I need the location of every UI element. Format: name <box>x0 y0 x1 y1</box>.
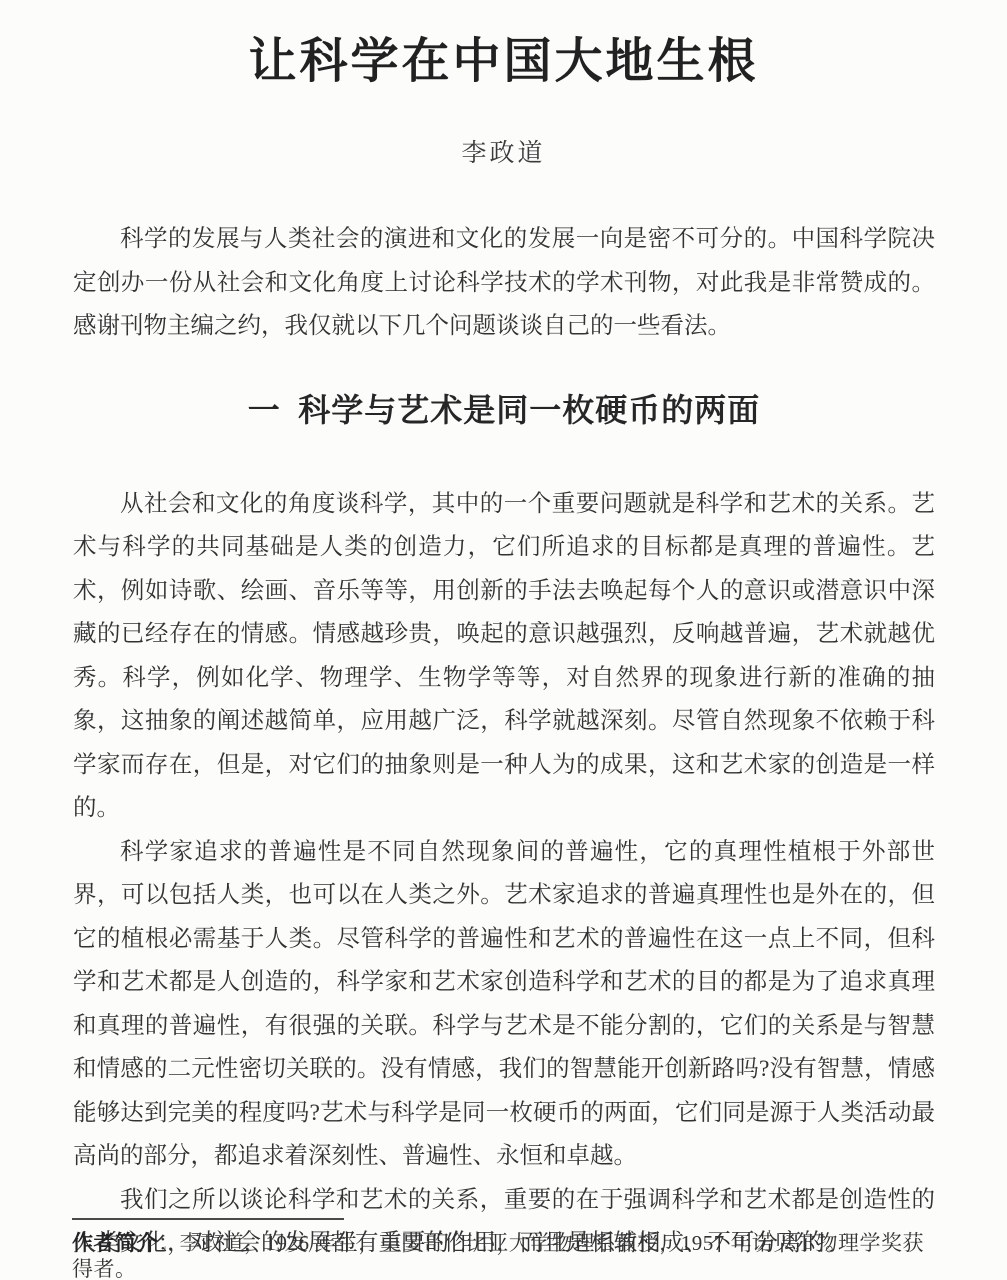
section-paragraph-2: 科学家追求的普遍性是不同自然现象间的普遍性，它的真理性植根于外部世界，可以包括人… <box>73 831 935 1179</box>
intro-paragraph: 科学的发展与人类社会的演进和文化的发展一向是密不可分的。中国科学院决定创办一份从… <box>73 218 935 349</box>
footnote-label: 作者简介 <box>72 1231 158 1255</box>
footnote: 作者简介：李政道，1926 年生，美国哥伦比亚大学物理系教授，1957 年诺贝尔… <box>72 1218 944 1280</box>
article-body: 科学的发展与人类社会的演进和文化的发展一向是密不可分的。中国科学院决定创办一份从… <box>73 218 935 1266</box>
footnote-body: 李政道，1926 年生，美国哥伦比亚大学物理系教授，1957 年诺贝尔物理学奖获… <box>72 1231 924 1280</box>
section-paragraph-1: 从社会和文化的角度谈科学，其中的一个重要问题就是科学和艺术的关系。艺术与科学的共… <box>73 483 935 831</box>
article-title: 让科学在中国大地生根 <box>0 0 1007 88</box>
section-number: 一 <box>248 392 281 428</box>
footnote-divider <box>72 1218 344 1220</box>
author-name: 李政道 <box>0 140 1007 168</box>
document-page: 让科学在中国大地生根 李政道 科学的发展与人类社会的演进和文化的发展一向是密不可… <box>0 0 1007 1280</box>
footnote-separator: ： <box>158 1231 180 1255</box>
footnote-text: 作者简介：李政道，1926 年生，美国哥伦比亚大学物理系教授，1957 年诺贝尔… <box>72 1230 944 1280</box>
section-title: 科学与艺术是同一枚硬币的两面 <box>298 392 760 428</box>
section-heading: 一科学与艺术是同一枚硬币的两面 <box>73 390 935 430</box>
